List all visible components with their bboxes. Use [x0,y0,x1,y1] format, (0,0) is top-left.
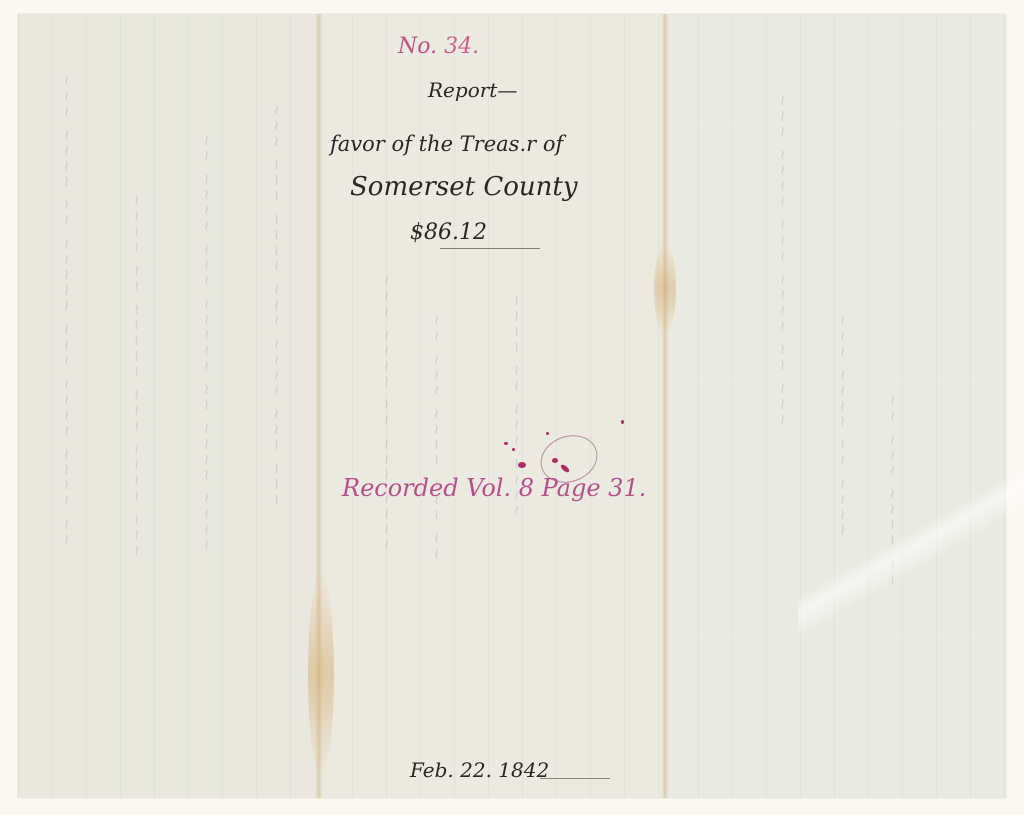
foxing-stain [654,244,676,334]
bleed-through-text: ~~~ ~~~~ ~~~ ~~~~ ~~ ~~~ [774,94,792,429]
docket-number: No. 34. [398,34,479,59]
docket-line-favor: favor of the Treas.r of [330,132,563,156]
ink-splatter [552,458,558,463]
ink-splatter [546,432,549,435]
paper-crease [798,454,1024,634]
document-page: ~~~ ~~~~ ~~ ~~~~~ ~~~ ~~~~ ~~~~ ~~ ~~~~ … [0,0,1024,815]
bleed-through-text: ~~ ~~~~ ~~~ ~~~~~ ~~ ~~~~ ~~~~ [198,134,216,554]
docket-date: Feb. 22. 1842 [410,758,549,782]
right-panel: ~~~ ~~~~ ~~~ ~~~~ ~~ ~~~ ~~~ ~~~~ ~~ ~~~… [664,14,1006,798]
docket-number-prefix: No. [398,34,437,59]
amount-underline [440,248,540,249]
bleed-through-text: ~~~ ~~~~ ~~ ~~~~~ ~~~ ~~~~ ~~~~ ~~ [58,74,76,549]
ink-splatter [504,442,508,445]
docket-line-county: Somerset County [350,172,578,202]
ink-splatter [621,420,624,424]
date-underline [540,778,610,779]
bleed-through-text: ~~~ ~~~ ~~~~ ~~~ ~~~~ ~~~ ~~~ [268,104,286,509]
bleed-through-text: ~~~~ ~~ ~~~~~ ~~~ ~~~~ ~~~ [128,194,146,560]
bleed-through-text: ~~ ~~~ ~~~~ ~~~ ~~ [428,314,446,563]
ink-splatter [512,448,515,451]
bleed-through-text: ~~~ ~~~~ ~~ ~~~ ~~~~ [378,274,396,554]
fold-line [661,14,669,798]
docket-heading: Report— [428,78,517,102]
foxing-stain [308,574,334,774]
ink-splatter [518,462,526,468]
docket-number-value: 34. [444,34,479,59]
docket-amount: $86.12 [410,220,487,245]
left-panel: ~~~ ~~~~ ~~ ~~~~~ ~~~ ~~~~ ~~~~ ~~ ~~~~ … [18,14,318,798]
recorded-stamp: Recorded Vol. 8 Page 31. [342,474,646,502]
